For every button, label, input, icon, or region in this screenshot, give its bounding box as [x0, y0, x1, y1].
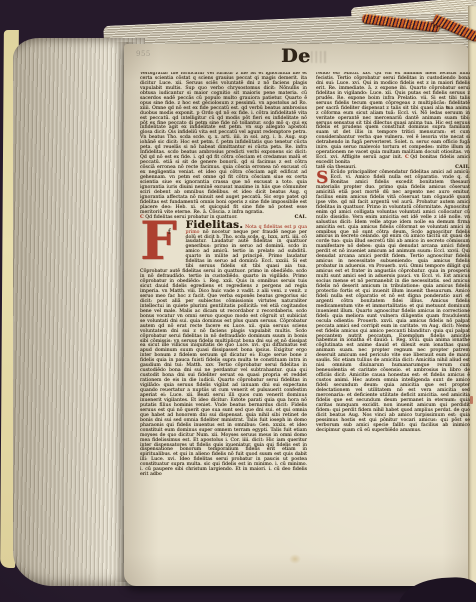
photograph-of-open-book: 955 De Verbigratia: Ille fornicatur vel … [0, 0, 476, 602]
paragraph: rendo eū: Matth. xxv. Qd vni ex minimis … [316, 72, 470, 166]
body-text: rendo eū: Matth. xxv. Qd vni ex minimis … [316, 72, 470, 160]
column-left: Verbigratia: Ille fornicatur vel furatur… [140, 72, 307, 509]
chapter-number-1: CAI. [295, 216, 307, 221]
dropcap-initial-F: F f [140, 222, 183, 268]
capitulum-mark: C [405, 155, 409, 160]
chapter-fidelitas: F f Fidelitas. Nota q fidelitas est p qu… [140, 221, 307, 479]
column-right: rendo eū: Matth. xxv. Qd vni ex minimis … [316, 72, 470, 501]
paragraph: Verbigratia: Ille fornicatur vel furatur… [140, 72, 307, 216]
guide-letter: f [168, 230, 171, 235]
red-edge-mark [470, 396, 473, 404]
lombardic-letter: F [140, 219, 177, 265]
paper-stain [289, 554, 301, 564]
chapter-secundo: SEcūdo principaliter cōmendatur fidelita… [316, 171, 470, 434]
body-text: Ecūdo principaliter cōmendatur fidelitas… [316, 170, 470, 433]
ink-speck [446, 106, 449, 109]
bookmark-ribbon-segment [362, 13, 441, 32]
text-block: Verbigratia: Ille fornicatur vel furatur… [140, 72, 470, 509]
body-text: Verbigratia: Ille fornicatur vel furatur… [140, 72, 307, 215]
ink-offset-ghost [311, 51, 327, 63]
dropcap-initial-S: S [316, 171, 329, 185]
pencil-folio-number: 955 [136, 50, 151, 58]
bookmark-ribbon [360, 6, 476, 50]
running-title: De [281, 45, 311, 67]
